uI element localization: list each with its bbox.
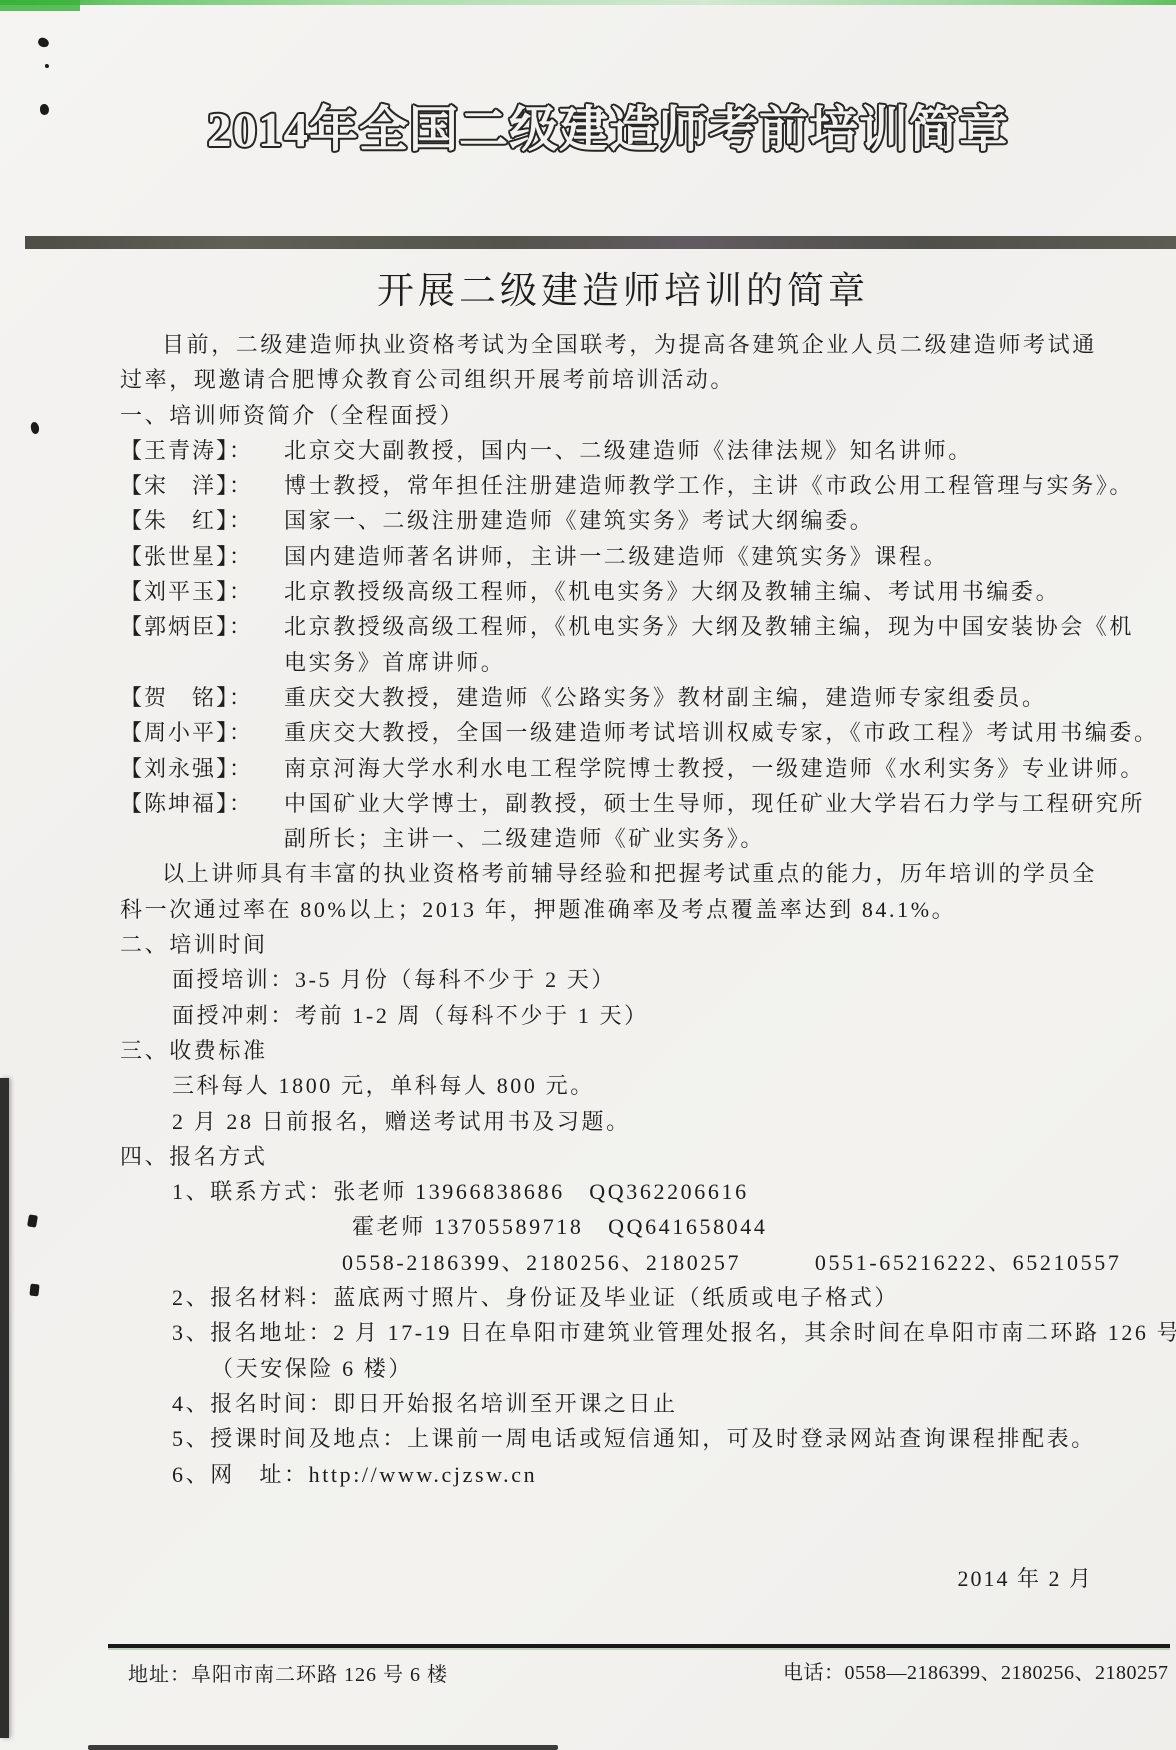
teacher-entry: 【张世星】：国内建造师著名讲师，主讲一二级建造师《建筑实务》课程。 bbox=[120, 539, 1128, 574]
teacher-name: 【郭炳臣】： bbox=[120, 609, 284, 644]
line-text: 0558-2186399、2180256、2180257 0551-652162… bbox=[342, 1250, 1121, 1275]
doc-line: 二、培训时间 bbox=[120, 927, 1128, 962]
line-text: 2、报名材料：蓝底两寸照片、身份证及毕业证（纸质或电子格式） bbox=[172, 1285, 899, 1310]
doc-line: 1、联系方式：张老师 13966838686 QQ362206616 bbox=[120, 1174, 1128, 1209]
line-text: 面授培训：3-5 月份（每科不少于 2 天） bbox=[172, 967, 616, 992]
doc-line: 面授冲刺：考前 1-2 周（每科不少于 1 天） bbox=[120, 998, 1128, 1033]
doc-line: 0558-2186399、2180256、2180257 0551-652162… bbox=[120, 1245, 1128, 1280]
line-text: 重庆交大教授，建造师《公路实务》教材副主编，建造师专家组委员。 bbox=[284, 685, 1047, 710]
line-text: 北京教授级高级工程师，《机电实务》大纲及教辅主编，现为中国安装协会《机 bbox=[284, 614, 1134, 639]
ink-mark bbox=[30, 422, 40, 435]
doc-line: 三、收费标准 bbox=[120, 1033, 1128, 1068]
doc-line: 4、报名时间：即日开始报名培训至开课之日止 bbox=[120, 1386, 1128, 1421]
teacher-entry: 【王青涛】：北京交大副教授，国内一、二级建造师《法律法规》知名讲师。 bbox=[120, 433, 1128, 468]
line-text: 电实务》首席讲师。 bbox=[284, 650, 505, 675]
teacher-name: 【刘永强】： bbox=[120, 751, 284, 786]
teacher-name: 【刘平玉】： bbox=[120, 574, 284, 609]
line-text: 北京交大副教授，国内一、二级建造师《法律法规》知名讲师。 bbox=[284, 438, 973, 463]
line-text: 5、授课时间及地点：上课前一周电话或短信通知，可及时登录网站查询课程排配表。 bbox=[172, 1426, 1096, 1451]
line-text: 北京教授级高级工程师，《机电实务》大纲及教辅主编、考试用书编委。 bbox=[284, 579, 1060, 604]
teacher-name: 【陈坤福】： bbox=[120, 786, 284, 821]
teacher-entry: 【贺 铭】：重庆交大教授，建造师《公路实务》教材副主编，建造师专家组委员。 bbox=[120, 680, 1128, 715]
line-text: 科一次通过率在 80%以上；2013 年，押题准确率及考点覆盖率达到 84.1%… bbox=[120, 897, 956, 922]
staple-mark bbox=[27, 1214, 38, 1227]
line-text: 3、报名地址：2 月 17-19 日在阜阳市建筑业管理处报名，其余时间在阜阳市南… bbox=[172, 1320, 1176, 1345]
teacher-entry: 【陈坤福】：中国矿业大学博士，副教授，硕士生导师，现任矿业大学岩石力学与工程研究… bbox=[120, 786, 1128, 821]
staple-mark bbox=[29, 1284, 39, 1297]
line-text: 目前，二级建造师执业资格考试为全国联考，为提高各建筑企业人员二级建造师考试通 bbox=[162, 332, 1097, 357]
document-title: 2014年全国二级建造师考前培训简章 bbox=[0, 97, 1176, 163]
doc-line: 四、报名方式 bbox=[120, 1139, 1128, 1174]
teacher-entry: 【周小平】：重庆交大教授，全国一级建造师考试培训权威专家，《市政工程》考试用书编… bbox=[120, 715, 1128, 750]
doc-line: 以上讲师具有丰富的执业资格考前辅导经验和把握考试重点的能力，历年培训的学员全 bbox=[120, 856, 1128, 891]
line-text: 2 月 28 日前报名，赠送考试用书及习题。 bbox=[172, 1109, 631, 1134]
teacher-entry: 【宋 洋】：博士教授，常年担任注册建造师教学工作，主讲《市政公用工程管理与实务》… bbox=[120, 468, 1128, 503]
doc-line: 2、报名材料：蓝底两寸照片、身份证及毕业证（纸质或电子格式） bbox=[120, 1280, 1128, 1315]
doc-line: 5、授课时间及地点：上课前一周电话或短信通知，可及时登录网站查询课程排配表。 bbox=[120, 1421, 1128, 1456]
teacher-entry: 【朱 红】：国家一、二级注册建造师《建筑实务》考试大纲编委。 bbox=[120, 503, 1128, 538]
scan-shadow-bottom-edge bbox=[88, 1745, 558, 1750]
line-text: 副所长；主讲一、二级建造师《矿业实务》。 bbox=[284, 826, 765, 851]
teacher-name: 【王青涛】： bbox=[120, 433, 284, 468]
teacher-entry: 【郭炳臣】：北京教授级高级工程师，《机电实务》大纲及教辅主编，现为中国安装协会《… bbox=[120, 609, 1128, 644]
teacher-entry: 【刘永强】：南京河海大学水利水电工程学院博士教授，一级建造师《水利实务》专业讲师… bbox=[120, 751, 1128, 786]
doc-line: 过率，现邀请合肥博众教育公司组织开展考前培训活动。 bbox=[120, 362, 1128, 397]
line-text: 重庆交大教授，全国一级建造师考试培训权威专家，《市政工程》考试用书编委。 bbox=[284, 720, 1159, 745]
ink-mark bbox=[37, 37, 50, 49]
line-text: 1、联系方式：张老师 13966838686 QQ362206616 bbox=[172, 1179, 749, 1204]
line-text: 三、收费标准 bbox=[120, 1038, 268, 1063]
teacher-entry: 【刘平玉】：北京教授级高级工程师，《机电实务》大纲及教辅主编、考试用书编委。 bbox=[120, 574, 1128, 609]
line-text: 中国矿业大学博士，副教授，硕士生导师，现任矿业大学岩石力学与工程研究所 bbox=[284, 791, 1145, 816]
line-text: 博士教授，常年担任注册建造师教学工作，主讲《市政公用工程管理与实务》。 bbox=[284, 473, 1134, 498]
line-text: 4、报名时间：即日开始报名培训至开课之日止 bbox=[172, 1391, 678, 1416]
line-text: 四、报名方式 bbox=[120, 1144, 268, 1169]
scanner-edge-strip bbox=[0, 0, 1176, 5]
line-text: 以上讲师具有丰富的执业资格考前辅导经验和把握考试重点的能力，历年培训的学员全 bbox=[162, 861, 1097, 886]
line-text: 霍老师 13705589718 QQ641658044 bbox=[352, 1214, 767, 1239]
doc-line: 电实务》首席讲师。 bbox=[120, 645, 1128, 680]
line-text: 三科每人 1800 元，单科每人 800 元。 bbox=[172, 1073, 595, 1098]
line-text: 过率，现邀请合肥博众教育公司组织开展考前培训活动。 bbox=[120, 367, 735, 392]
line-text: 南京河海大学水利水电工程学院博士教授，一级建造师《水利实务》专业讲师。 bbox=[284, 756, 1145, 781]
line-text: 面授冲刺：考前 1-2 周（每科不少于 1 天） bbox=[172, 1003, 649, 1028]
line-text: 二、培训时间 bbox=[120, 932, 268, 957]
footer-phone: 电话：0558—2186399、2180256、2180257 bbox=[783, 1656, 1169, 1685]
ink-mark bbox=[45, 64, 49, 68]
line-text: 国内建造师著名讲师，主讲一二级建造师《建筑实务》课程。 bbox=[284, 544, 948, 569]
footer-rule bbox=[108, 1644, 1170, 1648]
teacher-name: 【贺 铭】： bbox=[120, 680, 284, 715]
doc-line: （天安保险 6 楼） bbox=[120, 1351, 1128, 1386]
teacher-name: 【周小平】： bbox=[120, 715, 284, 750]
doc-line: 副所长；主讲一、二级建造师《矿业实务》。 bbox=[120, 821, 1128, 856]
divider-bar bbox=[25, 236, 1176, 249]
line-text: 6、网 址：http://www.cjzsw.cn bbox=[172, 1462, 537, 1487]
teacher-name: 【宋 洋】： bbox=[120, 468, 284, 503]
teacher-name: 【朱 红】： bbox=[120, 503, 284, 538]
line-text: （天安保险 6 楼） bbox=[211, 1356, 413, 1381]
doc-line: 面授培训：3-5 月份（每科不少于 2 天） bbox=[120, 962, 1128, 997]
document-date: 2014 年 2 月 bbox=[957, 1562, 1093, 1593]
doc-line: 霍老师 13705589718 QQ641658044 bbox=[120, 1209, 1128, 1244]
scanner-edge-corner bbox=[0, 0, 80, 11]
line-text: 一、培训师资简介（全程面授） bbox=[120, 403, 464, 428]
scanned-document-page: 2014年全国二级建造师考前培训简章 开展二级建造师培训的简章 目前，二级建造师… bbox=[0, 0, 1176, 1750]
doc-line: 三科每人 1800 元，单科每人 800 元。 bbox=[120, 1068, 1128, 1103]
doc-line: 2 月 28 日前报名，赠送考试用书及习题。 bbox=[120, 1104, 1128, 1139]
doc-line: 一、培训师资简介（全程面授） bbox=[120, 398, 1128, 433]
doc-line: 3、报名地址：2 月 17-19 日在阜阳市建筑业管理处报名，其余时间在阜阳市南… bbox=[120, 1315, 1128, 1350]
line-text: 国家一、二级注册建造师《建筑实务》考试大纲编委。 bbox=[284, 508, 874, 533]
doc-line: 科一次通过率在 80%以上；2013 年，押题准确率及考点覆盖率达到 84.1%… bbox=[120, 892, 1128, 927]
document-subtitle: 开展二级建造师培训的简章 bbox=[0, 260, 1176, 314]
doc-line: 6、网 址：http://www.cjzsw.cn bbox=[120, 1457, 1128, 1492]
doc-line: 目前，二级建造师执业资格考试为全国联考，为提高各建筑企业人员二级建造师考试通 bbox=[120, 327, 1128, 362]
footer-address: 地址：阜阳市南二环路 126 号 6 楼 bbox=[128, 1658, 448, 1687]
scan-shadow-left-edge bbox=[0, 1078, 9, 1738]
teacher-name: 【张世星】： bbox=[120, 539, 284, 574]
document-body: 目前，二级建造师执业资格考试为全国联考，为提高各建筑企业人员二级建造师考试通过率… bbox=[120, 327, 1128, 1492]
